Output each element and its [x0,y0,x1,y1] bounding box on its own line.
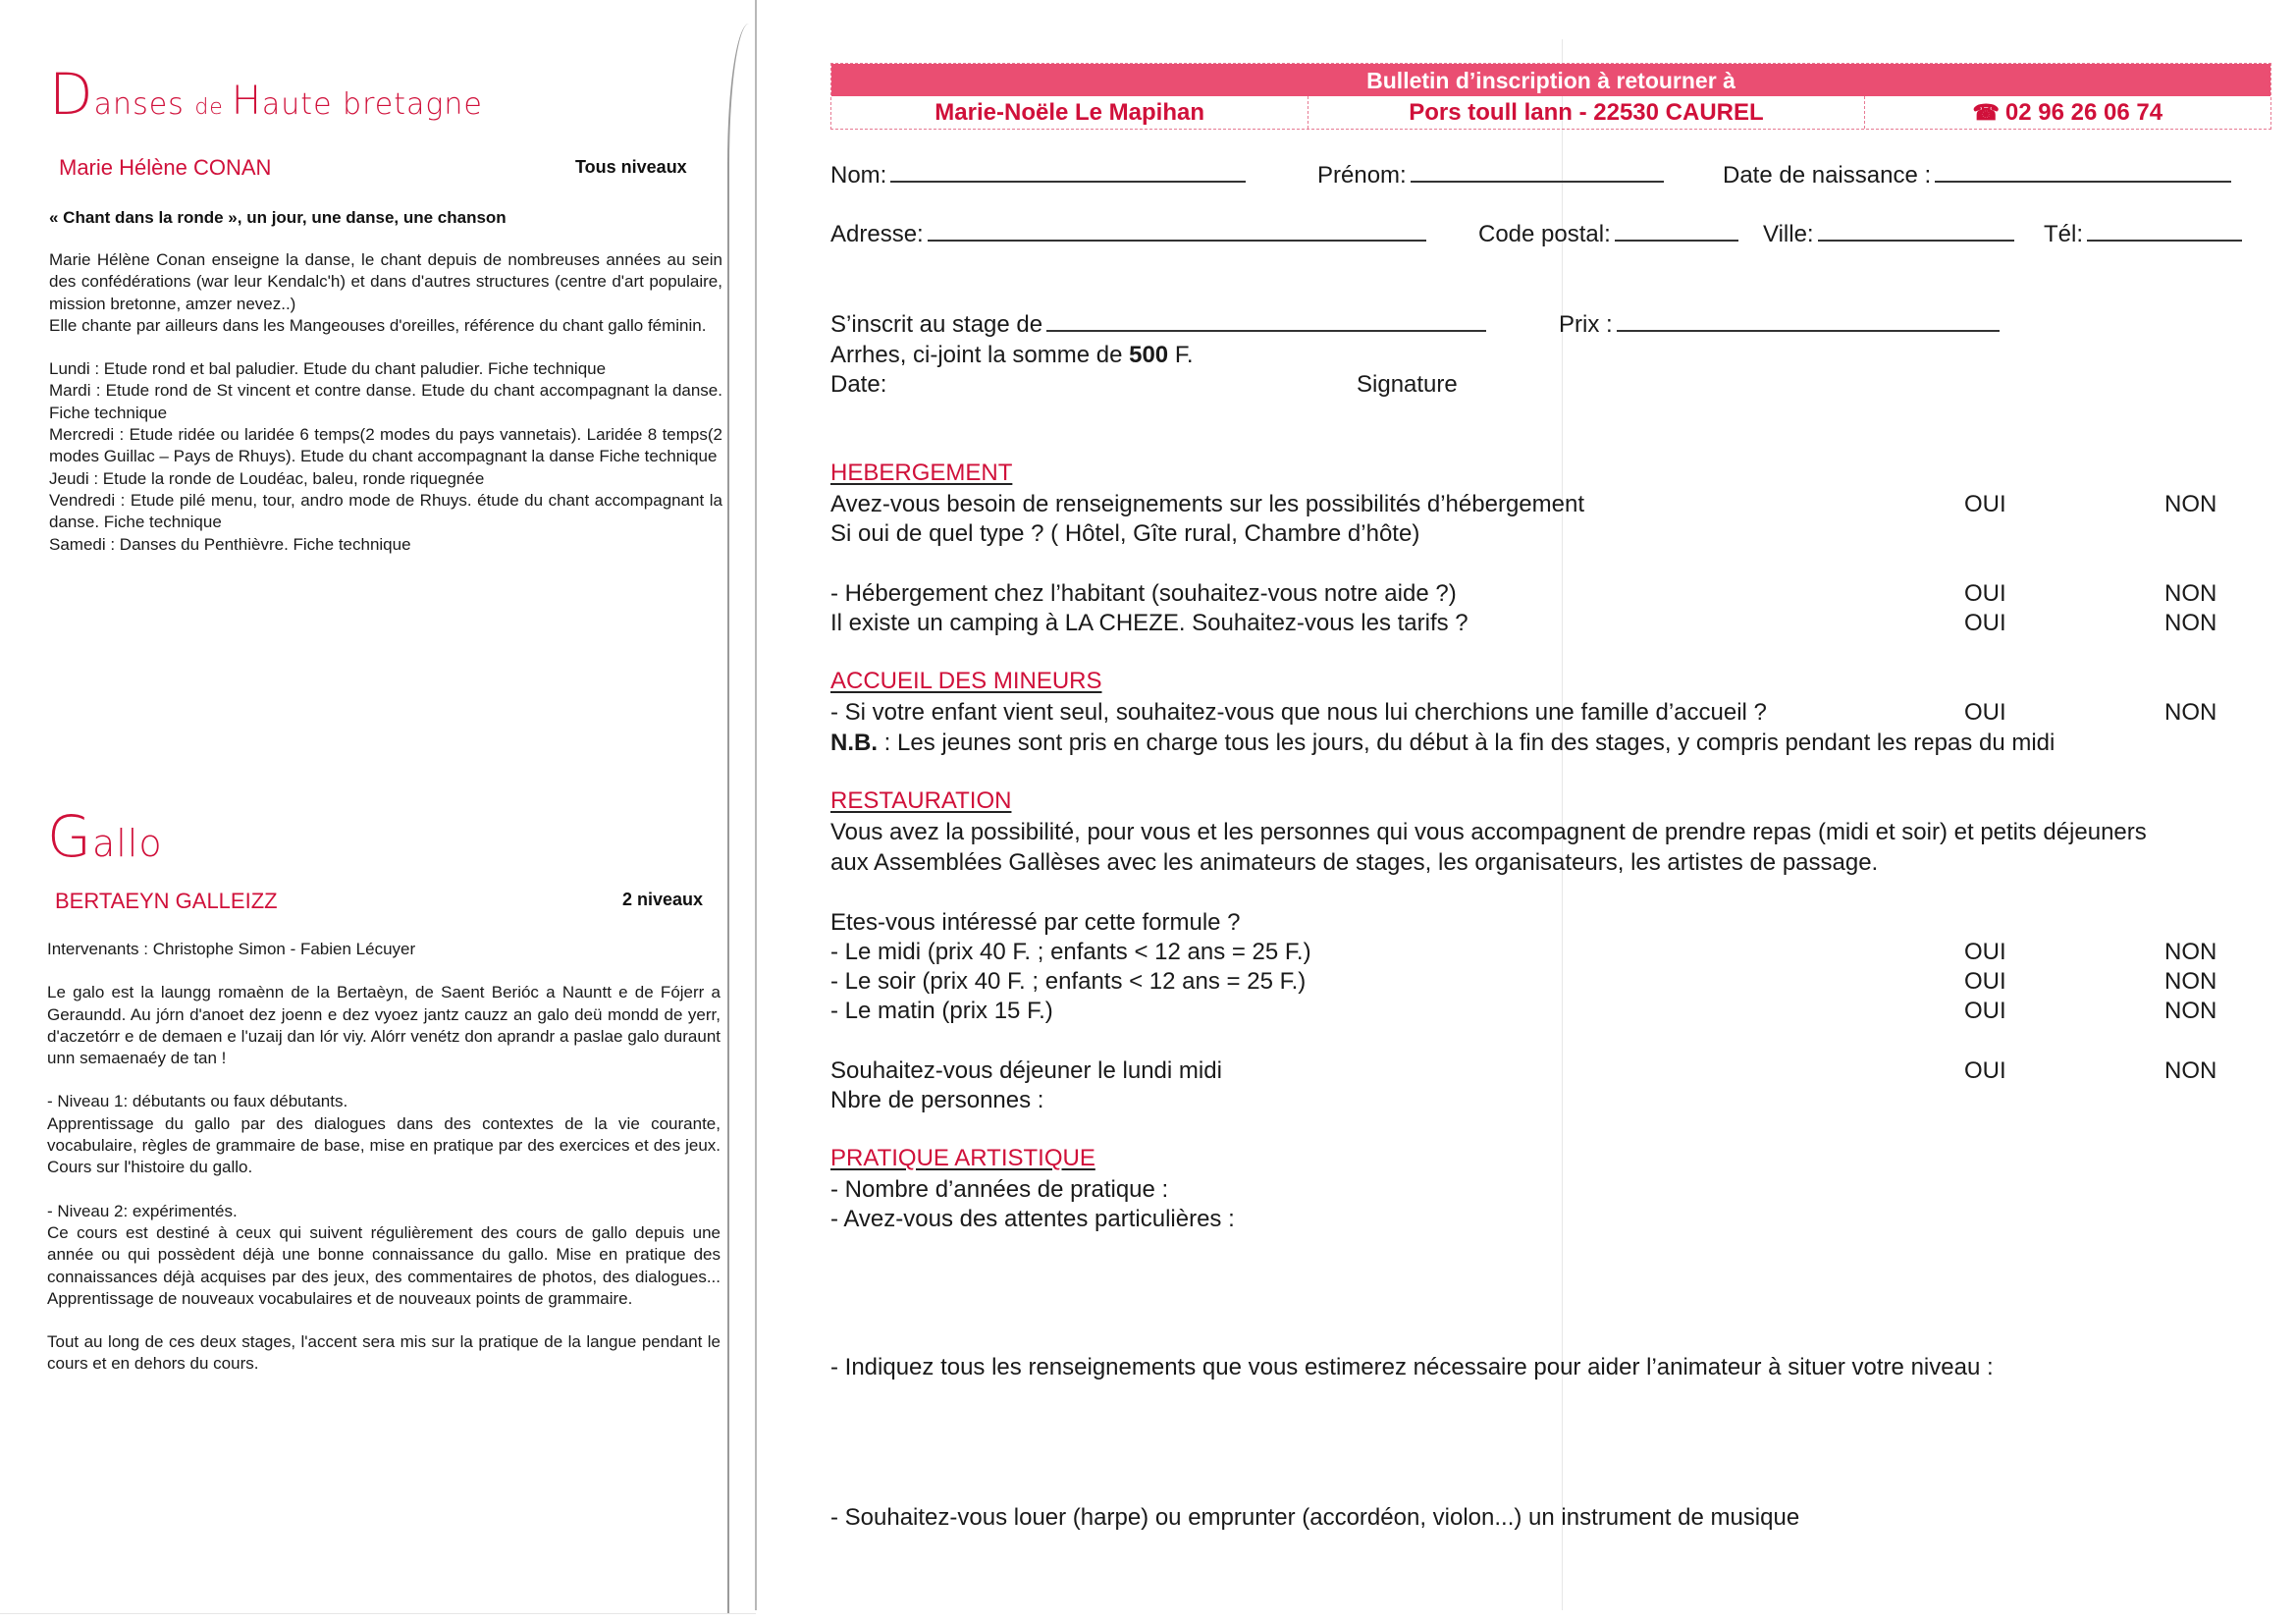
nb-label: N.B. [830,730,878,756]
mineurs-q1: - Si votre enfant vient seul, souhaitez-… [830,699,1767,727]
section-mineurs: ACCUEIL DES MINEURS [830,668,1102,695]
schedule-day: Lundi : Etude rond et bal paludier. Etud… [49,358,722,380]
level-title: - Niveau 2: expérimentés. [47,1201,721,1222]
hebergement-q2-oui[interactable]: OUI [1964,580,2006,608]
restauration-lundi: Souhaitez-vous déjeuner le lundi midi [830,1057,1222,1085]
phone-number: 02 96 26 06 74 [2005,99,2163,126]
arrhes-line: Arrhes, ci-joint la somme de 500 F. [830,342,1194,369]
stage-blank[interactable] [1046,310,1486,332]
tel-blank[interactable] [2087,220,2242,242]
section-restauration: RESTAURATION [830,787,1011,815]
prix-blank[interactable] [1617,310,2000,332]
midi-non[interactable]: NON [2164,939,2216,966]
schedule-day: Mercredi : Etude ridée ou laridée 6 temp… [49,424,722,468]
restauration-question: Etes-vous intéressé par cette formule ? [830,909,1241,937]
page-curl-edge [727,24,749,1614]
hebergement-q2-non[interactable]: NON [2164,580,2216,608]
title-initial: G [47,803,92,870]
field-nom[interactable]: Nom: [830,161,1246,189]
pratique-q1[interactable]: - Nombre d’années de pratique : [830,1176,1168,1204]
midi-oui[interactable]: OUI [1964,939,2006,966]
field-stage[interactable]: S’inscrit au stage de [830,310,1486,339]
field-label: Adresse: [830,221,924,247]
field-label: Ville: [1763,221,1814,247]
lundi-non[interactable]: NON [2164,1057,2216,1085]
page-bottom-edge [0,1613,756,1614]
arrhes-text: F. [1168,342,1193,368]
field-date[interactable]: Date: [830,371,886,399]
closing-text: Tout au long de ces deux stages, l'accen… [47,1331,721,1376]
mineurs-nb: N.B. : Les jeunes sont pris en charge to… [830,730,2055,757]
field-prix[interactable]: Prix : [1559,310,2000,339]
section-title-danses: Danses de Haute bretagne [49,61,483,128]
title-text: allo [92,822,163,865]
field-signature[interactable]: Signature [1357,371,1458,399]
restauration-intro: aux Assemblées Gallèses avec les animate… [830,849,1878,877]
level-text: Apprentissage du gallo par des dialogues… [47,1113,721,1179]
course-subtitle: « Chant dans la ronde », un jour, une da… [49,208,507,228]
hebergement-q1b: Si oui de quel type ? ( Hôtel, Gîte rura… [830,520,1419,548]
hebergement-q1-non[interactable]: NON [2164,491,2216,518]
section-hebergement: HEBERGEMENT [830,460,1012,487]
field-label: Nom: [830,162,886,189]
level-badge: 2 niveaux [622,890,703,910]
adresse-blank[interactable] [928,220,1426,242]
field-label: S’inscrit au stage de [830,311,1042,338]
arrhes-amount: 500 [1129,342,1168,368]
hebergement-q3-oui[interactable]: OUI [1964,610,2006,637]
field-prenom[interactable]: Prénom: [1317,161,1664,189]
title-initial: D [49,61,94,128]
field-code-postal[interactable]: Code postal: [1478,220,1738,248]
telephone-icon: ☎ [1973,96,2000,129]
bio-paragraph: Elle chante par ailleurs dans les Mangeo… [49,315,722,337]
hebergement-q2: - Hébergement chez l’habitant (souhaitez… [830,580,1457,608]
pratique-q3[interactable]: - Indiquez tous les renseignements que v… [830,1354,1994,1381]
form-header-title: Bulletin d’inscription à retourner à [831,64,2270,96]
field-label: Prix : [1559,311,1613,338]
title-text: anses [94,87,195,122]
mineurs-q1-non[interactable]: NON [2164,699,2216,727]
pratique-q2[interactable]: - Avez-vous des attentes particulières : [830,1206,1235,1233]
level-text: Ce cours est destiné à ceux qui suivent … [47,1222,721,1310]
field-adresse[interactable]: Adresse: [830,220,1426,248]
mineurs-q1-oui[interactable]: OUI [1964,699,2006,727]
prenom-blank[interactable] [1411,161,1664,183]
matin-oui[interactable]: OUI [1964,998,2006,1025]
schedule-day: Vendredi : Etude pilé menu, tour, andro … [49,490,722,534]
restauration-soir: - Le soir (prix 40 F. ; enfants < 12 ans… [830,968,1306,996]
section-title-gallo: Gallo [47,803,163,870]
restauration-midi: - Le midi (prix 40 F. ; enfants < 12 ans… [830,939,1311,966]
restauration-nbre[interactable]: Nbre de personnes : [830,1087,1043,1114]
page-divider [755,0,757,1610]
bio-paragraph: Marie Hélène Conan enseigne la danse, le… [49,249,722,315]
restauration-intro: Vous avez la possibilité, pour vous et l… [830,819,2147,846]
title-text: aute bretagne [262,87,483,122]
contact-row: Marie-Noële Le Mapihan Pors toull lann -… [831,96,2270,129]
field-label: Code postal: [1478,221,1611,247]
arrhes-text: Arrhes, ci-joint la somme de [830,342,1129,368]
field-tel[interactable]: Tél: [2044,220,2242,248]
field-naissance[interactable]: Date de naissance : [1723,161,2231,189]
naissance-blank[interactable] [1935,161,2231,183]
lundi-oui[interactable]: OUI [1964,1057,2006,1085]
form-header: Bulletin d’inscription à retourner à Mar… [830,63,2271,130]
matin-non[interactable]: NON [2164,998,2216,1025]
gallo-intro: Le galo est la laungg romaènn de la Bert… [47,982,721,1069]
title-initial: H [232,79,262,124]
nom-blank[interactable] [890,161,1246,183]
hebergement-q1: Avez-vous besoin de renseignements sur l… [830,491,1584,518]
contact-address: Pors toull lann - 22530 CAUREL [1308,96,1864,129]
schedule-day: Mardi : Etude rond de St vincent et cont… [49,380,722,424]
nb-text: : Les jeunes sont pris en charge tous le… [878,730,2055,756]
contact-name: Marie-Noële Le Mapihan [831,96,1308,129]
schedule-day: Samedi : Danses du Penthièvre. Fiche tec… [49,534,722,556]
field-label: Prénom: [1317,162,1407,189]
soir-non[interactable]: NON [2164,968,2216,996]
speakers: Intervenants : Christophe Simon - Fabien… [47,939,721,960]
field-ville[interactable]: Ville: [1763,220,2014,248]
code-postal-blank[interactable] [1615,220,1738,242]
hebergement-q3-non[interactable]: NON [2164,610,2216,637]
title-text: de [194,95,232,120]
ville-blank[interactable] [1818,220,2014,242]
field-label: Date de naissance : [1723,162,1931,189]
field-label: Tél: [2044,221,2083,247]
restauration-matin: - Le matin (prix 15 F.) [830,998,1053,1025]
hebergement-q3: Il existe un camping à LA CHEZE. Souhait… [830,610,1468,637]
hebergement-q1-oui[interactable]: OUI [1964,491,2006,518]
schedule-day: Jeudi : Etude la ronde de Loudéac, baleu… [49,468,722,490]
pratique-q4[interactable]: - Souhaitez-vous louer (harpe) ou emprun… [830,1504,1799,1532]
contact-phone: ☎02 96 26 06 74 [1865,96,2270,129]
section-pratique: PRATIQUE ARTISTIQUE [830,1145,1095,1172]
level-badge: Tous niveaux [575,157,687,178]
teacher-name: Marie Hélène CONAN [59,155,271,181]
gallo-description: Intervenants : Christophe Simon - Fabien… [47,939,721,1376]
level-title: - Niveau 1: débutants ou faux débutants. [47,1091,721,1112]
teacher-name: BERTAEYN GALLEIZZ [55,889,278,914]
soir-oui[interactable]: OUI [1964,968,2006,996]
teacher-bio: Marie Hélène Conan enseigne la danse, le… [49,249,722,556]
